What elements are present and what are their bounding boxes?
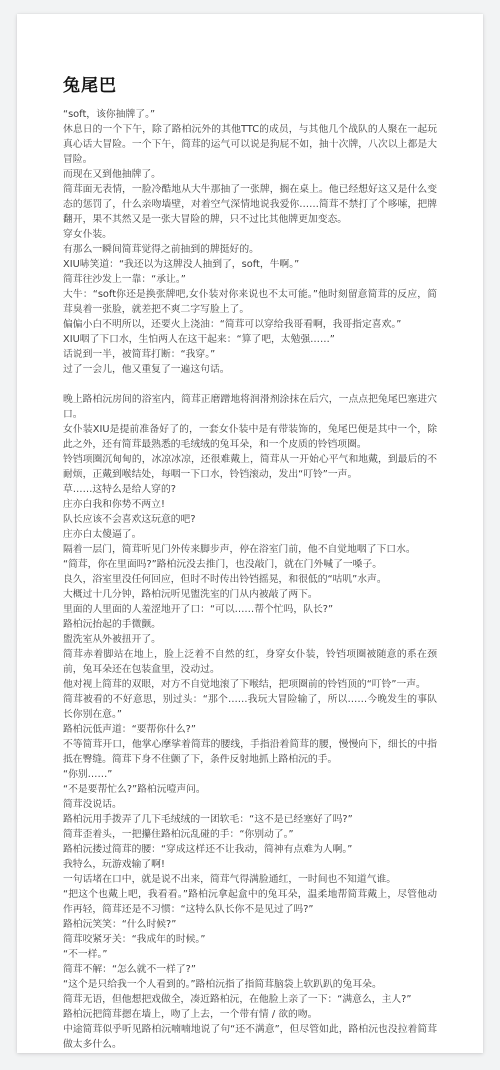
- paragraph: 简茸不解：“怎么就不一样了?”: [63, 962, 437, 977]
- paragraph: 简茸咬紧牙关：“我成年的时候。”: [63, 932, 437, 947]
- paragraph: 话说到一半，被简茸打断：“我穿。”: [63, 347, 437, 362]
- paragraph: 盥洗室从外被扭开了。: [63, 632, 437, 647]
- paragraph: 里面的人里面的人羞涩地开了口：“可以……帮个忙吗，队长?”: [63, 602, 437, 617]
- paragraph: 大牛：“soft你还是换张牌吧,女仆装对你来说也不太可能。”他时刻留意简茸的反应…: [63, 287, 437, 317]
- paragraph: XIU哧笑道：“我还以为这牌没人抽到了，soft，牛啊。”: [63, 257, 437, 272]
- document-page: 兔尾巴 “soft，该你抽牌了。”休息日的一个下午，除了路柏沅外的其他TTC的成…: [17, 14, 483, 1053]
- paragraph: 路柏沅搂过简茸的腰：“穿成这样还不让我动，简神有点难为人啊。”: [63, 842, 437, 857]
- paragraph: “把这个也戴上吧，我看看。”路柏沅拿起盒中的兔耳朵，温柔地帮简茸戴上，尽管他动作…: [63, 887, 437, 917]
- paragraph: 庄亦白太傻逼了。: [63, 527, 437, 542]
- paragraph: “不是要帮忙么?”路柏沅噎声问。: [63, 782, 437, 797]
- paragraph: 路柏沅笑笑：“什么时候?”: [63, 917, 437, 932]
- paragraph: “简茸，你在里面吗?”路柏沅没去推门，也没敲门，就在门外喊了一嗓子。: [63, 557, 437, 572]
- paragraph: 我特么，玩游戏输了啊!: [63, 857, 437, 872]
- paragraph: 铃铛项圈沉甸甸的，冰凉冰凉，还很难戴上，简茸从一开始心平气和地戴，到最后的不耐烦…: [63, 452, 437, 482]
- paragraph: 草……这特么是给人穿的?: [63, 482, 437, 497]
- paragraph: 而现在又到他抽牌了。: [63, 167, 437, 182]
- paragraph: 有那么一瞬间简茸觉得之前抽到的牌挺好的。: [63, 242, 437, 257]
- paragraph: 过了一会儿，他又重复了一遍这句话。: [63, 362, 437, 377]
- paragraph: 偏偏小白不明所以，还要火上浇油：“简茸可以穿给我哥看啊，我哥指定喜欢。”: [63, 317, 437, 332]
- paragraph: 简茸被看的不好意思，别过头：“那个……我玩大冒险输了，所以……今晚发生的事队长你…: [63, 692, 437, 722]
- paragraph: 隔着一层门，简茸听见门外传来脚步声，停在浴室门前，他不自觉地咽了下口水。: [63, 542, 437, 557]
- paragraph: 路柏沅用手拨弄了几下毛绒绒的一团软毛：“这不是已经塞好了吗?”: [63, 812, 437, 827]
- paragraph: 路柏沅把简茸摁在墙上，吻了上去，一个带有情 / 欲的吻。: [63, 1007, 437, 1022]
- paragraph: 路柏沅抬起的手微颤。: [63, 617, 437, 632]
- paragraph: “这个是只给我一个人看到的。”路柏沅指了指简茸脑袋上软趴趴的兔耳朵。: [63, 977, 437, 992]
- paragraph: 一句话堵在口中，就是说不出来，简茸气得满脸通红，一时间也不知道气谁。: [63, 872, 437, 887]
- paragraph: 简茸赤着脚站在地上，脸上泛着不自然的红，身穿女仆装，铃铛项圈被随意的系在颈前，兔…: [63, 647, 437, 677]
- paragraph: “你别……”: [63, 767, 437, 782]
- paragraph: 简茸往沙发上一靠：“承让。”: [63, 272, 437, 287]
- paragraph: 简茸没说话。: [63, 797, 437, 812]
- scene-break: [63, 377, 437, 392]
- paragraph: 简茸面无表情，一脸冷酷地从大牛那抽了一张牌，搁在桌上。他已经想好这又是什么变态的…: [63, 182, 437, 227]
- paragraph: 路柏沅低声道：“要帮你什么?”: [63, 722, 437, 737]
- paragraph: 简茸歪着头，一把攥住路柏沅乱碰的手：“你别动了。”: [63, 827, 437, 842]
- paragraph: 队长应该不会喜欢这玩意的吧?: [63, 512, 437, 527]
- paragraph: 庄亦白我和你势不两立!: [63, 497, 437, 512]
- story-paragraphs: “soft，该你抽牌了。”休息日的一个下午，除了路柏沅外的其他TTC的成员，与其…: [63, 107, 437, 1052]
- paragraph: “不一样。”: [63, 947, 437, 962]
- paragraph: 简茸无语，但他想把戏做全，凑近路柏沅，在他脸上亲了一下：“满意么，主人?”: [63, 992, 437, 1007]
- paragraph: 他对视上简茸的双眼，对方不自觉地滚了下喉结，把项圈前的铃铛顶的“叮铃”一声。: [63, 677, 437, 692]
- paragraph: 良久，浴室里没任何回应，但时不时传出铃铛摇晃，和很低的“咕叽”水声。: [63, 572, 437, 587]
- paragraph: 休息日的一个下午，除了路柏沅外的其他TTC的成员，与其他几个战队的人聚在一起玩真…: [63, 122, 437, 167]
- paragraph: 中途简茸似乎听见路柏沅喃喃地说了句“还不满意”，但尽管如此，路柏沅也没拉着简茸做…: [63, 1022, 437, 1052]
- paragraph: 晚上路柏沅房间的浴室内，简茸正磨蹭地将润滑剂涂抹在后穴，一点点把兔尾巴塞进穴口。: [63, 392, 437, 422]
- chapter-title: 兔尾巴: [63, 71, 437, 96]
- paragraph: “soft，该你抽牌了。”: [63, 107, 437, 122]
- paragraph: 女仆装XIU是提前准备好了的，一套女仆装中是有带装饰的，兔尾巴便是其中一个，除此…: [63, 422, 437, 452]
- paragraph: 大概过十几分钟，路柏沅听见盥洗室的门从内被敲了两下。: [63, 587, 437, 602]
- paragraph: 穿女仆装。: [63, 227, 437, 242]
- paragraph: 不等简茸开口，他掌心摩挲着简茸的腰线，手指沿着简茸的腰，慢慢向下，细长的中指抵在…: [63, 737, 437, 767]
- paragraph: XIU咽了下口水，生怕两人在这干起来：“算了吧，太勉强……”: [63, 332, 437, 347]
